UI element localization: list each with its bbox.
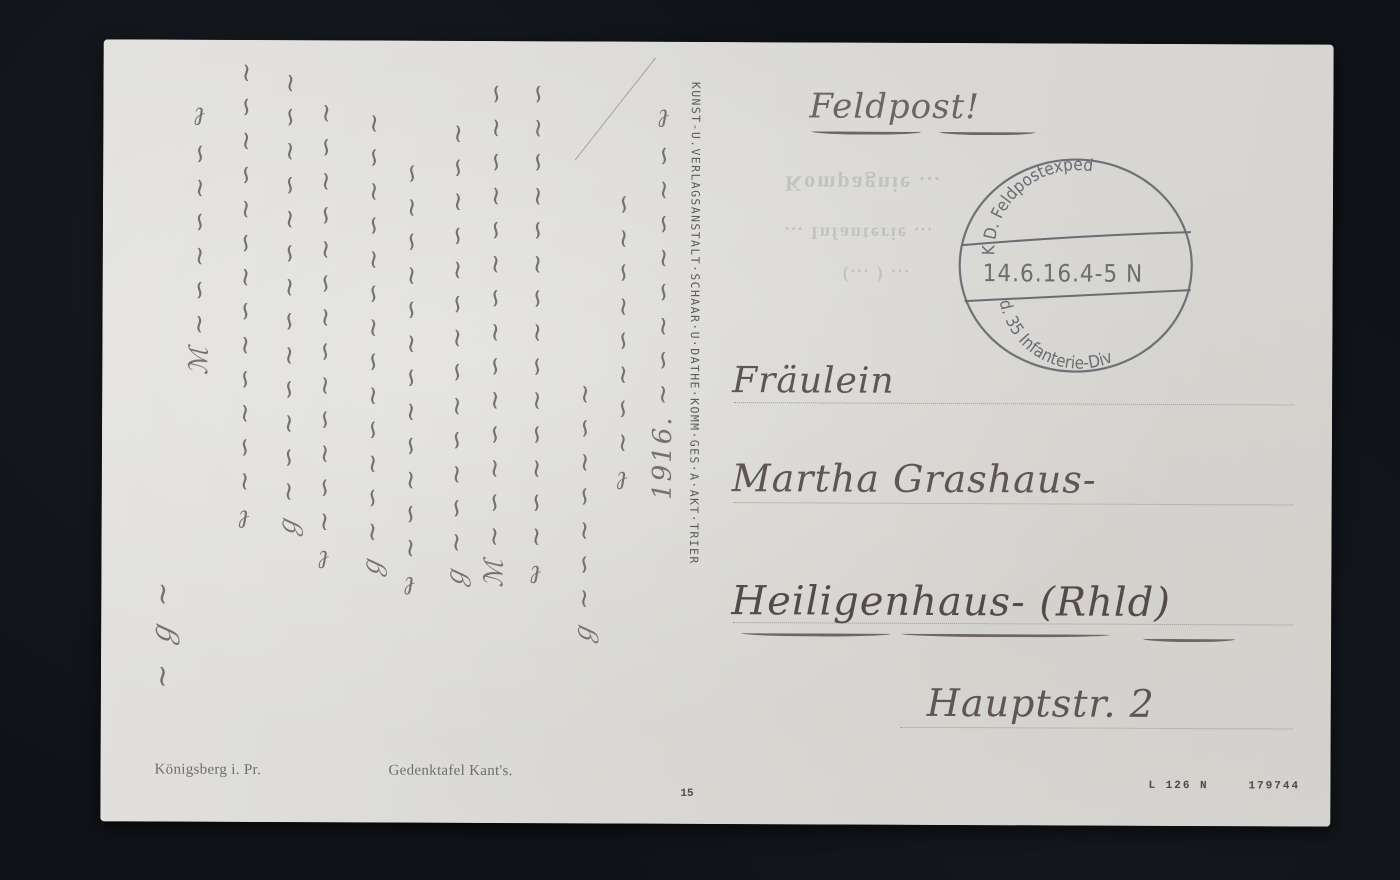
postcard: ~ ℊ ~ ℳ ∼ ∽ ∼ ∽ ∼ ∽ ℓ ℓ ∼ ∽ ∼ ∽ ∼ ∽ ∼ ∽ … xyxy=(100,39,1333,826)
ghost-stamp-line: (... ) ... xyxy=(843,265,911,286)
underline xyxy=(1143,636,1235,642)
postmark-top-arc: K.D. Feldpostexped xyxy=(979,155,1094,256)
address-salutation: Fräulein xyxy=(732,360,895,402)
catalog-serial: 179744 xyxy=(1248,780,1300,792)
message-line: ℳ ∼ ∽ ∼ ∽ ∼ ∽ ℓ xyxy=(184,100,215,376)
message-date: 1916. xyxy=(648,415,678,500)
message-line: ℊ ∼ ∽ ∼ ∽ ∼ ∽ ∼ ∽ ∼ ∽ ∼ ∽ ∼ xyxy=(353,110,392,581)
address-line xyxy=(734,502,1294,505)
svg-text:K.D. Feldpostexped: K.D. Feldpostexped xyxy=(979,155,1094,256)
message-line: ℓ ∼ ∽ ∼ ∽ ∼ ∽ ∼ ∽ ∼ ∽ ∼ ∽ ∼ xyxy=(309,100,341,574)
svg-text:d. 35 Infanterie-Div: d. 35 Infanterie-Div xyxy=(994,298,1115,374)
message-line: ℓ ∼ ∽ ∼ ∽ ∼ ∽ ∼ ∽ ∼ ∽ ∼ ∽ ∼ xyxy=(230,60,262,534)
feldpost-note: Feldpost! xyxy=(809,86,980,127)
postmark-date: 14.6.16.4-5 N xyxy=(983,259,1144,288)
address-line xyxy=(734,402,1294,405)
caption-city: Königsberg i. Pr. xyxy=(154,762,261,779)
message-line: ℓ ∼ ∽ ∼ ∽ ∼ ∽ ∼ ∽ xyxy=(608,192,639,496)
address-town: Heiligenhaus- (Rhld) xyxy=(731,578,1171,626)
caption-subject: Gedenktafel Kant's. xyxy=(388,763,512,781)
address-street: Hauptstr. 2 xyxy=(927,681,1155,726)
underline xyxy=(741,630,891,637)
message-date-line: 1916. ∼ ∽ ∼ ∽ ∼ ∽ ∼ ∽ ℓ xyxy=(648,102,680,500)
message-line: ℊ ∼ ∽ ∼ ∽ ∼ ∽ ∼ ∽ ∼ ∽ ∼ ∽ ∼ xyxy=(270,70,309,541)
address-line xyxy=(901,727,1293,730)
message-line: ℓ ∼ ∽ ∼ ∽ ∼ ∽ ∼ ∽ ∼ ∽ ∼ ∽ ∼ ∽ xyxy=(521,81,553,589)
address-name: Martha Grashaus- xyxy=(732,456,1097,502)
feldpost-postmark: K.D. Feldpostexped 14.6.16.4-5 N d. 35 I… xyxy=(954,151,1197,378)
message-line: ℳ ∼ ∽ ∼ ∽ ∼ ∽ ∼ ∽ ∼ ∽ ∼ ∽ ∼ ∽ xyxy=(479,81,511,588)
handwritten-message: ~ ℊ ~ ℳ ∼ ∽ ∼ ∽ ∼ ∽ ℓ ℓ ∼ ∽ ∼ ∽ ∼ ∽ ∼ ∽ … xyxy=(100,39,703,824)
message-signature: ~ ℊ ~ xyxy=(141,579,185,689)
message-line: ℊ ∼ ∽ ∼ ∽ ∼ ∽ ∼ xyxy=(565,381,603,648)
page-number: 15 xyxy=(680,788,693,800)
catalog-code: L 126 N xyxy=(1148,780,1208,792)
postmark-stamp-icon: K.D. Feldpostexped 14.6.16.4-5 N d. 35 I… xyxy=(954,151,1197,378)
message-line: ℊ ∼ ∽ ∼ ∽ ∼ ∽ ∼ ∽ ∼ ∽ ∼ ∽ ∼ xyxy=(437,121,476,592)
underline xyxy=(811,128,921,134)
publisher-imprint: KUNST-U.VERLAGSANSTALT·SCHAAR·U·DATHE·KO… xyxy=(687,82,701,565)
postmark-bottom-arc: d. 35 Infanterie-Div xyxy=(994,298,1115,374)
underline xyxy=(901,631,1111,638)
underline xyxy=(939,129,1035,135)
ghost-stamp-line: Kompagnie ... xyxy=(785,170,942,197)
message-line: ℓ ∼ ∽ ∼ ∽ ∼ ∽ ∼ ∽ ∼ ∽ ∼ ∽ xyxy=(395,161,427,601)
ghost-stamp-line: ... Infanterie ... xyxy=(785,222,934,244)
